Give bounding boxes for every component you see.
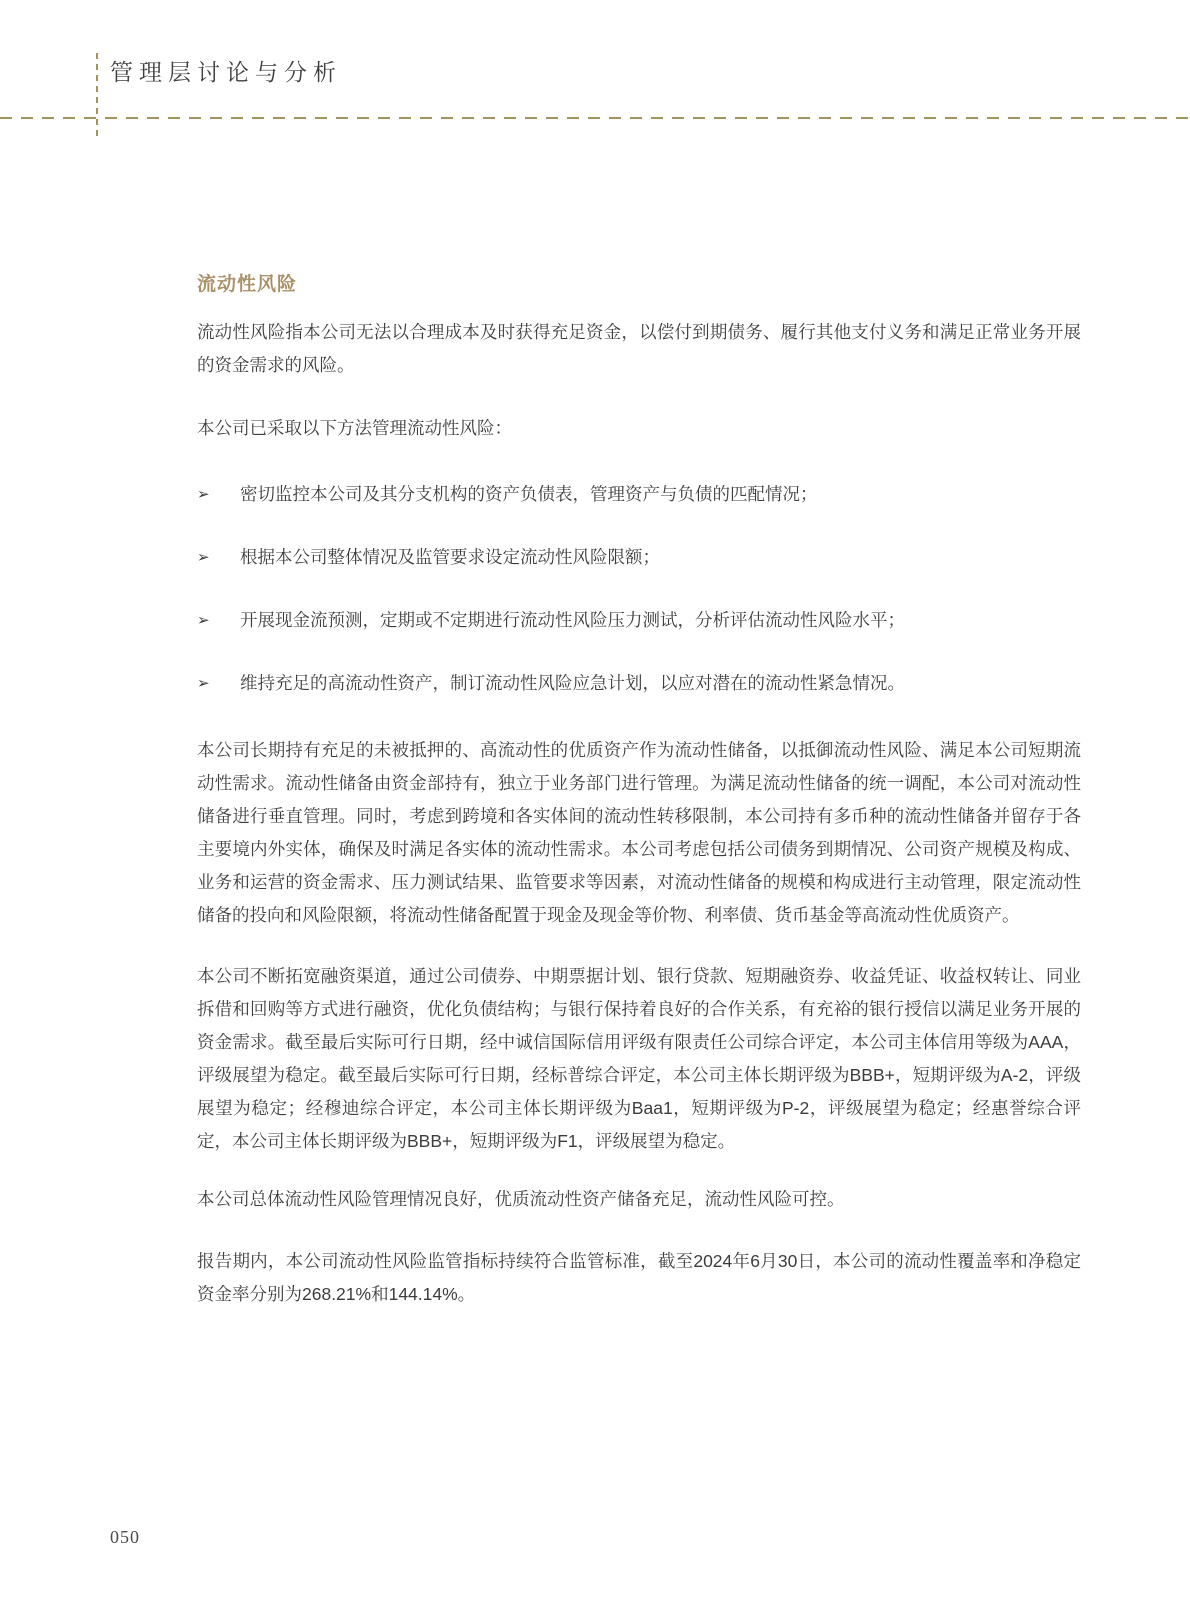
report-page: 管理层讨论与分析 流动性风险 流动性风险指本公司无法以合理成本及时获得充足资金，…	[0, 0, 1190, 1615]
paragraph-liquidity-definition: 流动性风险指本公司无法以合理成本及时获得充足资金，以偿付到期债务、履行其他支付义…	[197, 316, 1081, 382]
page-number: 050	[110, 1527, 140, 1548]
methods-bullet-list: ➢ 密切监控本公司及其分支机构的资产负债表，管理资产与负债的匹配情况； ➢ 根据…	[197, 478, 1081, 700]
bullet-text: 维持充足的高流动性资产，制订流动性风险应急计划，以应对潜在的流动性紧急情况。	[240, 667, 1081, 700]
list-item: ➢ 维持充足的高流动性资产，制订流动性风险应急计划，以应对潜在的流动性紧急情况。	[197, 667, 1081, 700]
list-item: ➢ 根据本公司整体情况及监管要求设定流动性风险限额；	[197, 541, 1081, 574]
bullet-text: 开展现金流预测，定期或不定期进行流动性风险压力测试，分析评估流动性风险水平；	[240, 604, 1081, 637]
arrowhead-bullet-icon: ➢	[197, 478, 240, 511]
paragraph-liquidity-reserve: 本公司长期持有充足的未被抵押的、高流动性的优质资产作为流动性储备，以抵御流动性风…	[197, 734, 1081, 932]
paragraph-financing-and-ratings: 本公司不断拓宽融资渠道，通过公司债券、中期票据计划、银行贷款、短期融资券、收益凭…	[197, 960, 1081, 1158]
paragraph-methods-lead: 本公司已采取以下方法管理流动性风险：	[197, 412, 1081, 445]
list-item: ➢ 密切监控本公司及其分支机构的资产负债表，管理资产与负债的匹配情况；	[197, 478, 1081, 511]
list-item: ➢ 开展现金流预测，定期或不定期进行流动性风险压力测试，分析评估流动性风险水平；	[197, 604, 1081, 637]
section-title: 流动性风险	[197, 270, 1081, 300]
main-content: 流动性风险 流动性风险指本公司无法以合理成本及时获得充足资金，以偿付到期债务、履…	[197, 0, 1081, 1311]
bullet-text: 根据本公司整体情况及监管要求设定流动性风险限额；	[240, 541, 1081, 574]
paragraph-regulatory-indicators: 报告期内，本公司流动性风险监管指标持续符合监管标准，截至2024年6月30日，本…	[197, 1245, 1081, 1311]
bullet-text: 密切监控本公司及其分支机构的资产负债表，管理资产与负债的匹配情况；	[240, 478, 1081, 511]
arrowhead-bullet-icon: ➢	[197, 667, 240, 700]
arrowhead-bullet-icon: ➢	[197, 541, 240, 574]
paragraph-risk-summary: 本公司总体流动性风险管理情况良好，优质流动性资产储备充足，流动性风险可控。	[197, 1183, 1081, 1216]
arrowhead-bullet-icon: ➢	[197, 604, 240, 637]
header-vertical-dashed-line	[96, 53, 98, 139]
